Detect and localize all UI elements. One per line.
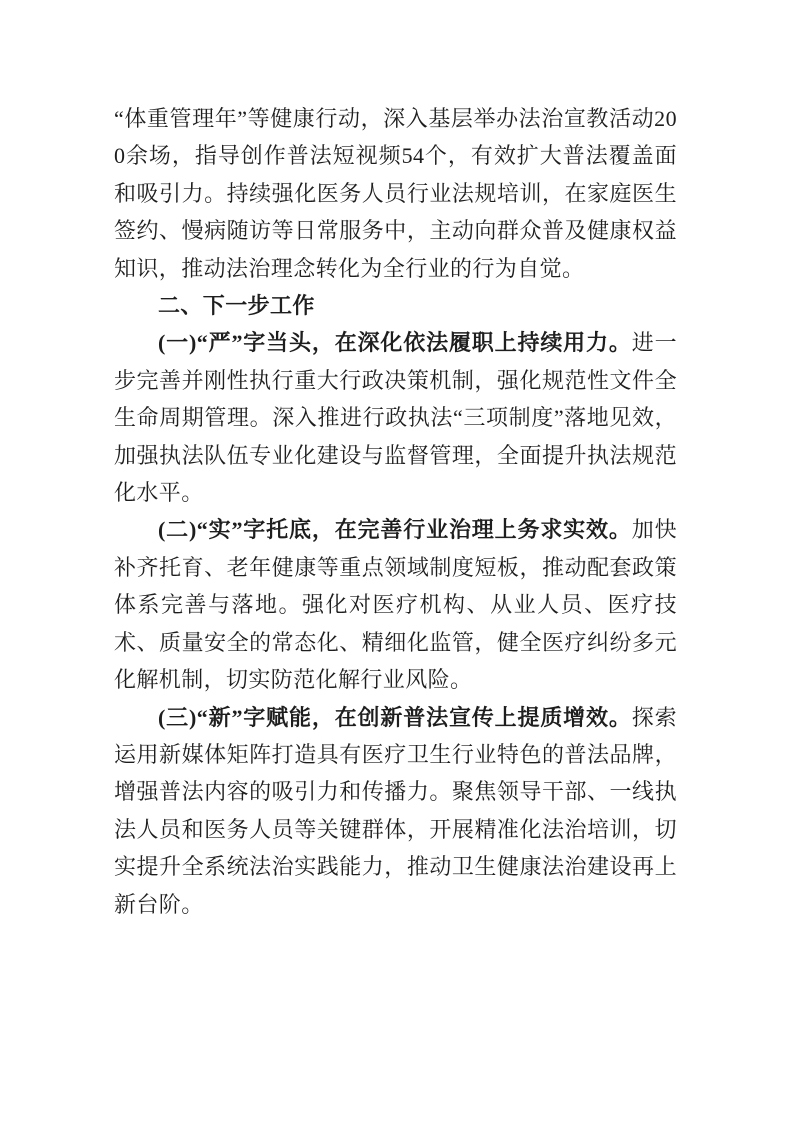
paragraph-3-lead: (三)“新”字赋能，在创新普法宣传上提质增效。	[158, 705, 632, 730]
paragraph-2-lead: (二)“实”字托底，在完善行业治理上务求实效。	[158, 517, 632, 542]
paragraph-2-body: 加快补齐托育、老年健康等重点领域制度短板，推动配套政策体系完善与落地。强化对医疗…	[114, 517, 677, 692]
section-heading: 二、下一步工作	[114, 287, 677, 324]
paragraph-continuation: “体重管理年”等健康行动，深入基层举办法治宣教活动200余场，指导创作普法短视频…	[114, 100, 677, 287]
paragraph-3-body: 探索运用新媒体矩阵打造具有医疗卫生行业特色的普法品牌，增强普法内容的吸引力和传播…	[114, 705, 677, 917]
paragraph-subsection-2: (二)“实”字托底，在完善行业治理上务求实效。加快补齐托育、老年健康等重点领域制…	[114, 511, 677, 698]
paragraph-1-lead: (一)“严”字当头，在深化依法履职上持续用力。	[158, 330, 632, 355]
document-page: “体重管理年”等健康行动，深入基层举办法治宣教活动200余场，指导创作普法短视频…	[0, 0, 793, 1122]
document-text-block: “体重管理年”等健康行动，深入基层举办法治宣教活动200余场，指导创作普法短视频…	[114, 100, 677, 923]
paragraph-1-body: 进一步完善并刚性执行重大行政决策机制，强化规范性文件全生命周期管理。深入推进行政…	[114, 330, 677, 505]
paragraph-subsection-1: (一)“严”字当头，在深化依法履职上持续用力。进一步完善并刚性执行重大行政决策机…	[114, 324, 677, 511]
paragraph-subsection-3: (三)“新”字赋能，在创新普法宣传上提质增效。探索运用新媒体矩阵打造具有医疗卫生…	[114, 699, 677, 923]
